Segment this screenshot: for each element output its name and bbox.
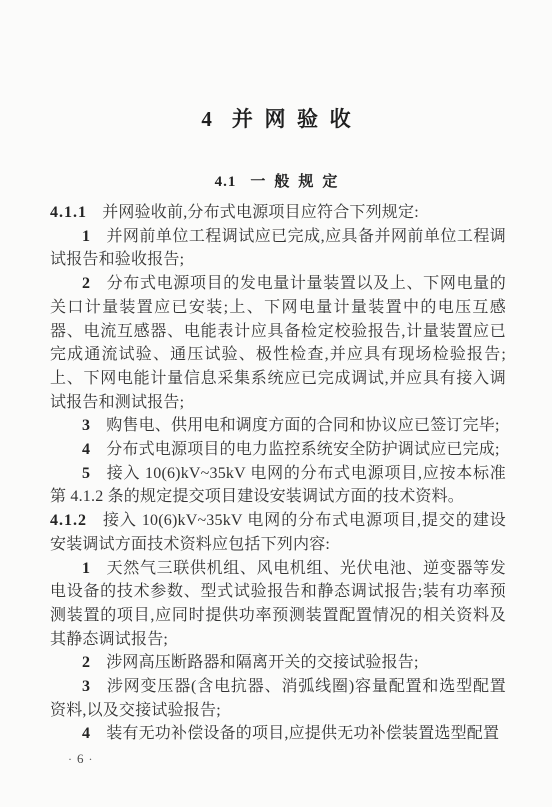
item-number: 1	[82, 228, 91, 245]
footer-page-number: 6	[77, 751, 84, 766]
clause-4-1-2-item-3: 3涉网变压器(含电抗器、消弧线圈)容量配置和选型配置资料,以及交接试验报告;	[50, 675, 506, 722]
page-number: ·6·	[63, 751, 98, 767]
clause-text: 并网验收前,分布式电源项目应符合下列规定:	[102, 204, 419, 221]
clause-4-1-1-item-1: 1并网前单位工程调试应已完成,应具备并网前单位工程调试报告和验收报告;	[50, 225, 506, 272]
item-text: 并网前单位工程调试应已完成,应具备并网前单位工程调试报告和验收报告;	[50, 228, 506, 269]
chapter-title: 4并网验收	[0, 103, 552, 133]
item-text: 天然气三联供机组、风电机组、光伏电池、逆变器等发电设备的技术参数、型式试验报告和…	[50, 560, 506, 648]
clause-4-1-1-item-5: 5接入 10(6)kV~35kV 电网的分布式电源项目,应按本标准第 4.1.2…	[50, 462, 506, 509]
item-number: 1	[82, 560, 91, 577]
clause-4-1-2: 4.1.2接入 10(6)kV~35kV 电网的分布式电源项目,提交的建设安装调…	[50, 509, 506, 556]
item-number: 3	[82, 417, 91, 434]
body-text: 4.1.1并网验收前,分布式电源项目应符合下列规定: 1并网前单位工程调试应已完…	[50, 201, 506, 746]
item-text: 购售电、供用电和调度方面的合同和协议应已签订完毕;	[106, 417, 499, 434]
item-text: 涉网变压器(含电抗器、消弧线圈)容量配置和选型配置资料,以及交接试验报告;	[50, 678, 506, 719]
clause-4-1-1: 4.1.1并网验收前,分布式电源项目应符合下列规定:	[50, 201, 506, 225]
item-number: 4	[82, 725, 91, 742]
item-number: 2	[82, 275, 91, 292]
item-number: 5	[82, 465, 91, 482]
clause-text: 接入 10(6)kV~35kV 电网的分布式电源项目,提交的建设安装调试方面技术…	[50, 512, 506, 553]
clause-4-1-1-item-4: 4分布式电源项目的电力监控系统安全防护调试应已完成;	[50, 438, 506, 462]
clause-4-1-2-item-4: 4装有无功补偿设备的项目,应提供无功补偿装置选型配置	[50, 722, 506, 746]
clause-label: 4.1.2	[50, 512, 87, 529]
item-text: 分布式电源项目的发电量计量装置以及上、下网电量的关口计量装置应已安装;上、下网电…	[50, 275, 506, 411]
scanned-standard-page: 4并网验收 4.1一般规定 4.1.1并网验收前,分布式电源项目应符合下列规定:…	[0, 0, 552, 807]
clause-4-1-1-item-2: 2分布式电源项目的发电量计量装置以及上、下网电量的关口计量装置应已安装;上、下网…	[50, 272, 506, 414]
item-number: 4	[82, 441, 91, 458]
clause-label: 4.1.1	[50, 204, 87, 221]
chapter-title-text: 并网验收	[232, 107, 362, 131]
item-text: 装有无功补偿设备的项目,应提供无功补偿装置选型配置	[106, 725, 499, 742]
section-heading: 4.1一般规定	[0, 170, 552, 191]
clause-4-1-2-item-1: 1天然气三联供机组、风电机组、光伏电池、逆变器等发电设备的技术参数、型式试验报告…	[50, 557, 506, 652]
section-number: 4.1	[215, 174, 237, 190]
clause-4-1-2-item-2: 2涉网高压断路器和隔离开关的交接试验报告;	[50, 651, 506, 675]
clause-4-1-1-item-3: 3购售电、供用电和调度方面的合同和协议应已签订完毕;	[50, 414, 506, 438]
footer-right-dot: ·	[89, 752, 93, 766]
item-number: 3	[82, 678, 91, 695]
footer-left-dot: ·	[68, 752, 72, 766]
chapter-number: 4	[201, 107, 213, 131]
item-text: 接入 10(6)kV~35kV 电网的分布式电源项目,应按本标准第 4.1.2 …	[50, 465, 506, 506]
item-number: 2	[82, 654, 91, 671]
item-text: 分布式电源项目的电力监控系统安全防护调试应已完成;	[106, 441, 499, 458]
section-title-text: 一般规定	[250, 174, 346, 190]
item-text: 涉网高压断路器和隔离开关的交接试验报告;	[106, 654, 418, 671]
